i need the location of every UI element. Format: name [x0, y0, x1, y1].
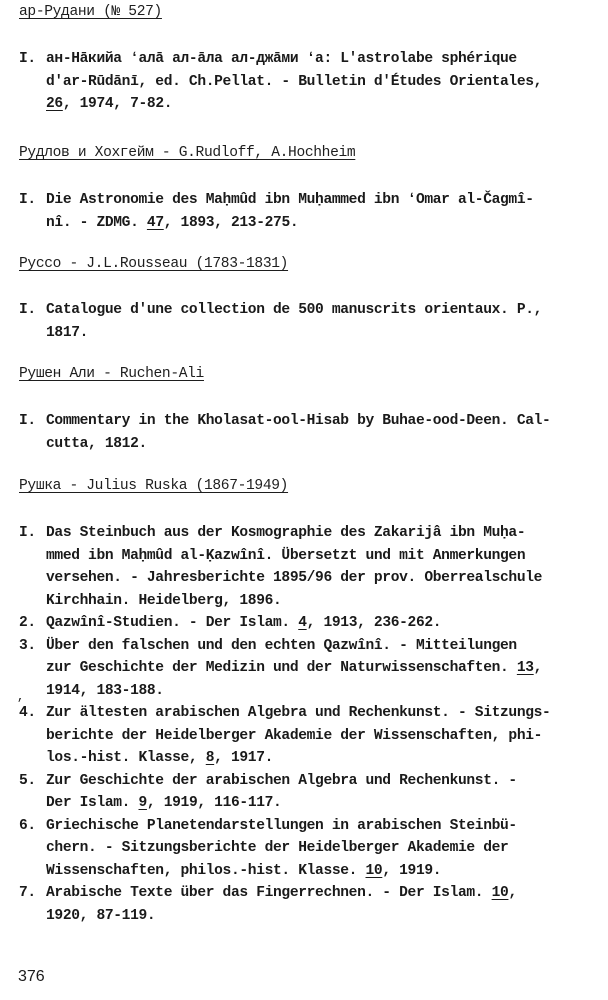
entry-text: chern. - Sitzungsberichte der Heidelberg… [46, 837, 508, 860]
bibliography-entry: I. Commentary in the Kholasat-ool-Hisab … [19, 410, 599, 455]
bibliography-entry: I. Catalogue d'une collection de 500 man… [19, 299, 599, 344]
volume-number: 9 [139, 795, 147, 811]
entry-number: I. [19, 522, 36, 545]
section-heading: ар-Рудани (№ 527) [19, 4, 162, 20]
entry-text: Catalogue d'une collection de 500 manusc… [46, 299, 542, 322]
entry-line: Kirchhain. Heidelberg, 1896. [19, 590, 599, 613]
entry-line: berichte der Heidelberger Akademie der W… [19, 725, 599, 748]
section-heading: Рудлов и Хохгейм - G.Rudloff, A.Hochheim [19, 145, 355, 161]
section-heading: Рушка - Julius Ruska (1867-1949) [19, 478, 288, 494]
document-page: ар-Рудани (№ 527) I. ан-Нāкийа ʻалā ал-ā… [0, 0, 608, 1000]
entry-text: versehen. - Jahresberichte 1895/96 der p… [46, 567, 542, 590]
entry-line: I. Commentary in the Kholasat-ool-Hisab … [19, 410, 599, 433]
entry-line: Wissenschaften, philos.-hist. Klasse. 10… [19, 860, 599, 883]
entry-text: Zur Geschichte der arabischen Algebra un… [46, 770, 517, 793]
entry-text: ан-Нāкийа ʻалā ал-āла ал-джāми ʻа: L'ast… [46, 48, 517, 71]
entry-number: I. [19, 410, 36, 433]
entry-number: 2. [19, 612, 36, 635]
entry-text: cutta, 1812. [46, 433, 147, 456]
entry-line: 26, 1974, 7-82. [19, 93, 599, 116]
page-number: 376 [18, 968, 45, 986]
entry-text: zur Geschichte der Medizin und der Natur… [46, 657, 542, 680]
entry-number: 4. [19, 702, 36, 725]
entry-line: 2. Qazwînî-Studien. - Der Islam. 4, 1913… [19, 612, 599, 635]
entry-line: chern. - Sitzungsberichte der Heidelberg… [19, 837, 599, 860]
entry-text: Commentary in the Kholasat-ool-Hisab by … [46, 410, 550, 433]
entry-line: 1817. [19, 322, 599, 345]
entry-line: Der Islam. 9, 1919, 116-117. [19, 792, 599, 815]
entry-line: I. Catalogue d'une collection de 500 man… [19, 299, 599, 322]
entry-text: d'ar-Rūdānī, ed. Ch.Pellat. - Bulletin d… [46, 71, 542, 94]
entry-line: mmed ibn Maḥmûd al-Ḳazwînî. Übersetzt un… [19, 545, 599, 568]
entry-line: versehen. - Jahresberichte 1895/96 der p… [19, 567, 599, 590]
entry-text: Über den falschen und den echten Qazwînî… [46, 635, 517, 658]
entry-line: I. Das Steinbuch aus der Kosmographie de… [19, 522, 599, 545]
stray-mark: , [17, 690, 24, 704]
bibliography-entry: I. Die Astronomie des Maḥmûd ibn Muḥamme… [19, 189, 599, 234]
volume-number: 8 [206, 750, 214, 766]
entry-line: 3. Über den falschen und den echten Qazw… [19, 635, 599, 658]
entry-text: 1920, 87-119. [46, 905, 155, 928]
entry-line: 6. Griechische Planetendarstellungen in … [19, 815, 599, 838]
volume-number: 26 [46, 96, 63, 112]
entry-text: Zur ältesten arabischen Algebra und Rech… [46, 702, 550, 725]
entry-line: 7. Arabische Texte über das Fingerrechne… [19, 882, 599, 905]
entry-text: 1817. [46, 322, 88, 345]
section-heading: Рушен Али - Ruchen-Ali [19, 366, 204, 382]
entry-number: 3. [19, 635, 36, 658]
entry-text: nî. - ZDMG. 47, 1893, 213-275. [46, 212, 298, 235]
entry-line: zur Geschichte der Medizin und der Natur… [19, 657, 599, 680]
entry-number: I. [19, 48, 36, 71]
entry-text: 26, 1974, 7-82. [46, 93, 172, 116]
entry-line: 5. Zur Geschichte der arabischen Algebra… [19, 770, 599, 793]
volume-number: 10 [366, 863, 383, 879]
entry-text: Arabische Texte über das Fingerrechnen. … [46, 882, 517, 905]
entry-text: Wissenschaften, philos.-hist. Klasse. 10… [46, 860, 441, 883]
volume-number: 47 [147, 215, 164, 231]
entry-text: Qazwînî-Studien. - Der Islam. 4, 1913, 2… [46, 612, 441, 635]
entry-number: 5. [19, 770, 36, 793]
volume-number: 4 [298, 615, 306, 631]
entry-number: I. [19, 189, 36, 212]
entry-line: 1914, 183-188. [19, 680, 599, 703]
entry-line: d'ar-Rūdānī, ed. Ch.Pellat. - Bulletin d… [19, 71, 599, 94]
entry-line: los.-hist. Klasse, 8, 1917. [19, 747, 599, 770]
entry-text: berichte der Heidelberger Akademie der W… [46, 725, 542, 748]
entry-text: Der Islam. 9, 1919, 116-117. [46, 792, 281, 815]
entry-line: 4. Zur ältesten arabischen Algebra und R… [19, 702, 599, 725]
entry-text: 1914, 183-188. [46, 680, 164, 703]
entry-text: Die Astronomie des Maḥmûd ibn Muḥammed i… [46, 189, 534, 212]
bibliography-entry-list: I. Das Steinbuch aus der Kosmographie de… [19, 522, 599, 927]
entry-number: 6. [19, 815, 36, 838]
entry-line: 1920, 87-119. [19, 905, 599, 928]
entry-text: Griechische Planetendarstellungen in ara… [46, 815, 517, 838]
entry-line: nî. - ZDMG. 47, 1893, 213-275. [19, 212, 599, 235]
volume-number: 13 [517, 660, 534, 676]
entry-text: Das Steinbuch aus der Kosmographie des Z… [46, 522, 525, 545]
entry-line: I. ан-Нāкийа ʻалā ал-āла ал-джāми ʻа: L'… [19, 48, 599, 71]
section-heading: Руссо - J.L.Rousseau (1783-1831) [19, 256, 288, 272]
entry-text: Kirchhain. Heidelberg, 1896. [46, 590, 281, 613]
entry-number: I. [19, 299, 36, 322]
volume-number: 10 [492, 885, 509, 901]
entry-line: I. Die Astronomie des Maḥmûd ibn Muḥamme… [19, 189, 599, 212]
entry-text: los.-hist. Klasse, 8, 1917. [46, 747, 273, 770]
entry-line: cutta, 1812. [19, 433, 599, 456]
entry-number: 7. [19, 882, 36, 905]
entry-text: mmed ibn Maḥmûd al-Ḳazwînî. Übersetzt un… [46, 545, 525, 568]
bibliography-entry: I. ан-Нāкийа ʻалā ал-āла ал-джāми ʻа: L'… [19, 48, 599, 116]
